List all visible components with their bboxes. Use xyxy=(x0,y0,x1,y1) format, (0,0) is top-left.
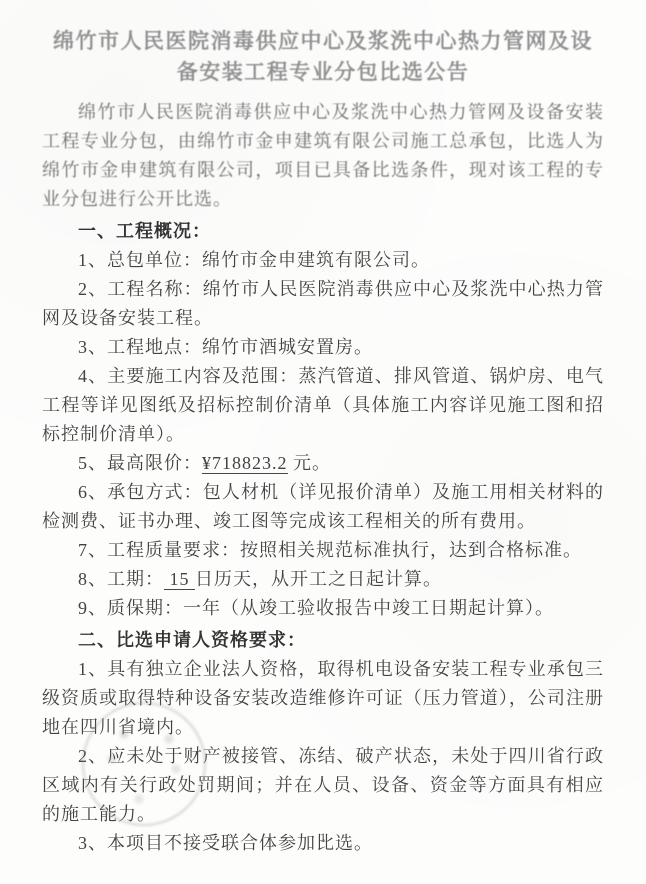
section1-item-project-name: 2、工程名称：绵竹市人民医院消毒供应中心及浆洗中心热力管网及设备安装工程。 xyxy=(42,275,604,333)
max-price-unit: 元。 xyxy=(288,453,332,473)
scanned-document-page: 绵竹市人民医院消毒供应中心及浆洗中心热力管网及设备安装工程专业分包比选公告 绵竹… xyxy=(0,0,646,884)
duration-suffix: 日历天，从开工之日起计算。 xyxy=(195,569,442,589)
document-title: 绵竹市人民医院消毒供应中心及浆洗中心热力管网及设备安装工程专业分包比选公告 xyxy=(42,26,604,88)
section1-item-warranty: 9、质保期：一年（从竣工验收报告中竣工日期起计算）。 xyxy=(42,594,604,623)
intro-paragraph: 绵竹市人民医院消毒供应中心及浆洗中心热力管网及设备安装工程专业分包，由绵竹市金申… xyxy=(42,98,604,214)
section2-item-status: 2、应未处于财产被接管、冻结、破产状态，未处于四川省行政区域内有关行政处罚期间；… xyxy=(42,742,604,829)
section1-item-location: 3、工程地点：绵竹市酒城安置房。 xyxy=(42,333,604,362)
section1-item-quality: 7、工程质量要求：按照相关规范标准执行，达到合格标准。 xyxy=(42,536,604,565)
duration-label: 8、工期： xyxy=(78,569,164,589)
page-number: 1 xyxy=(0,830,646,846)
max-price-label: 5、最高限价： xyxy=(78,453,202,473)
section2-heading: 二、比选申请人资格要求： xyxy=(42,626,604,655)
section2-item-qualification: 1、具有独立企业法人资格，取得机电设备安装工程专业承包三级资质或取得特种设备安装… xyxy=(42,655,604,742)
duration-value: 15 xyxy=(164,569,195,590)
section1-item-contractor: 1、总包单位：绵竹市金申建筑有限公司。 xyxy=(42,246,604,275)
section1-item-scope: 4、主要施工内容及范围：蒸汽管道、排风管道、锅炉房、电气工程等详见图纸及招标控制… xyxy=(42,362,604,449)
section1-item-max-price: 5、最高限价：¥718823.2 元。 xyxy=(42,449,604,478)
max-price-value: ¥718823.2 xyxy=(202,453,288,474)
section1-item-duration: 8、工期： 15 日历天，从开工之日起计算。 xyxy=(42,565,604,594)
section1-heading: 一、工程概况： xyxy=(42,217,604,246)
section1-item-contract-mode: 6、承包方式：包人材机（详见报价清单）及施工用相关材料的检测费、证书办理、竣工图… xyxy=(42,478,604,536)
